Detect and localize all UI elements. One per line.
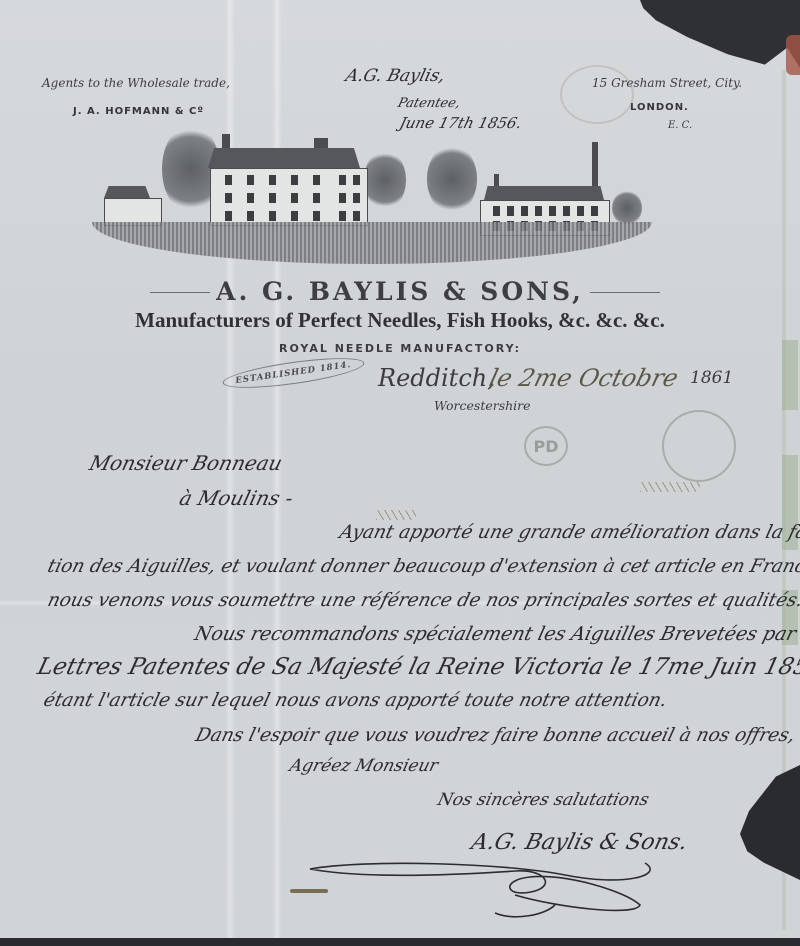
letter-line: étant l'article sur lequel nous avons ap… (41, 690, 669, 711)
engraving-ground (92, 222, 652, 264)
torn-edge (740, 765, 800, 880)
handwritten-date: le 2me Octobre (487, 364, 682, 392)
firm-name: A. G. BAYLIS & SONS, (0, 277, 800, 306)
agent-name: J. A. HOFMANN & Cº (73, 106, 204, 117)
tree-icon (612, 190, 642, 226)
main-house (210, 168, 368, 226)
background-strip (0, 938, 800, 946)
letter-line: Agréez Monsieur (288, 756, 441, 776)
agents-line: Agents to the Wholesale trade, (42, 76, 230, 90)
addressee: Monsieur Bonneau (87, 451, 285, 475)
ink-smudge (290, 889, 328, 893)
letter-line: nous venons vous soumettre une référence… (45, 590, 800, 611)
royal-needle-line: ROYAL NEEDLE MANUFACTORY: (0, 342, 800, 355)
signature: A.G. Baylis & Sons. (469, 830, 690, 855)
letter-sheet: Agents to the Wholesale trade, J. A. HOF… (0, 0, 800, 946)
letter-line: Ayant apporté une grande amélioration da… (337, 522, 800, 543)
letter-line: Lettres Patentes de Sa Majesté la Reine … (35, 654, 800, 680)
letter-closing: Nos sincères salutations (436, 790, 652, 810)
patent-note-name: A.G. Baylis, (344, 66, 448, 86)
faint-postmark-top (560, 65, 634, 124)
signature-flourish-icon (305, 855, 655, 925)
manufacturer-line: Manufacturers of Perfect Needles, Fish H… (0, 308, 800, 333)
patent-note-title: Patentee, (396, 96, 462, 111)
established-banner: ESTABLISHED 1814. (221, 352, 365, 394)
tree-icon (364, 150, 406, 210)
factory-chimney (592, 142, 598, 190)
hatch-mark (376, 510, 416, 520)
agent-district: E. C. (668, 120, 692, 131)
tree-icon (427, 144, 477, 214)
house-roof (208, 148, 360, 168)
agent-city: LONDON. (630, 102, 689, 113)
pd-postmark: PD (524, 426, 568, 466)
place-name: Redditch, (378, 364, 495, 392)
letter-line: tion des Aiguilles, et voulant donner be… (45, 556, 800, 577)
addressee-town: à Moulins - (177, 486, 296, 510)
letter-line: Dans l'espoir que vous voudrez faire bon… (193, 725, 797, 746)
county: Worcestershire (434, 398, 531, 413)
torn-corner (640, 0, 800, 68)
hatch-mark (640, 482, 700, 492)
factory-engraving (92, 130, 652, 265)
red-wax-remnant (786, 35, 800, 75)
year: 1861 (690, 368, 733, 388)
cottage-roof (104, 186, 150, 198)
factory-roof (484, 186, 604, 200)
letter-line: Nous recommandons spécialement les Aigui… (192, 623, 798, 645)
circular-date-stamp (662, 410, 736, 482)
